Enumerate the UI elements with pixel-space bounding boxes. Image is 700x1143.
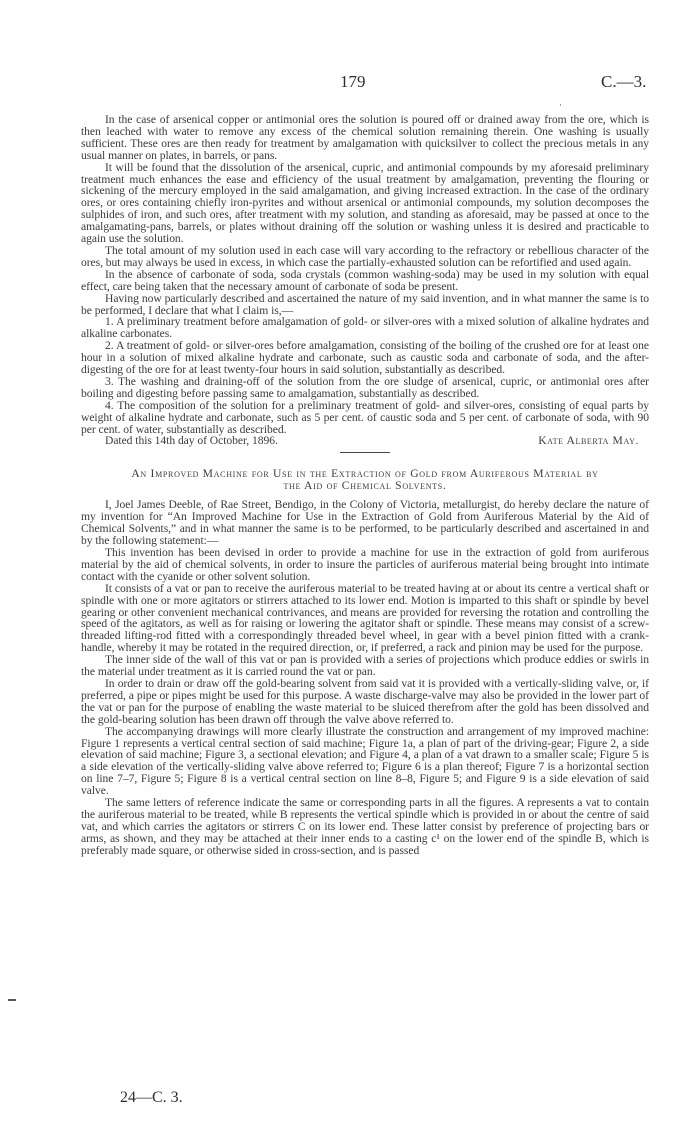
paragraph: In the absence of carbonate of soda, sod… xyxy=(81,269,649,293)
paragraph: The accompanying drawings will more clea… xyxy=(81,726,649,797)
paragraph: In the case of arsenical copper or antim… xyxy=(81,114,649,162)
claim-2: 2. A treatment of gold- or silver-ores b… xyxy=(81,340,649,376)
dated-line: Dated this 14th day of October, 1896. xyxy=(105,435,278,447)
paragraph: It consists of a vat or pan to receive t… xyxy=(81,583,649,654)
claim-4: 4. The composition of the solution for a… xyxy=(81,400,649,436)
paragraph: The same letters of reference indicate t… xyxy=(81,797,649,857)
claim-3: 3. The washing and draining-off of the s… xyxy=(81,376,649,400)
page-header: 179 C.—3. xyxy=(0,72,700,96)
paragraph: The inner side of the wall of this vat o… xyxy=(81,654,649,678)
date-signature-line: Dated this 14th day of October, 1896. Ka… xyxy=(81,435,649,447)
scan-speck xyxy=(560,104,561,106)
page-number: 179 xyxy=(340,72,366,92)
paragraph: This invention has been devised in order… xyxy=(81,547,649,583)
paragraph: In order to drain or draw off the gold-b… xyxy=(81,678,649,726)
paragraph: The total amount of my solution used in … xyxy=(81,245,649,269)
paragraph: It will be found that the dissolution of… xyxy=(81,162,649,245)
paragraph: Having now particularly described and as… xyxy=(81,293,649,317)
patent-section-deeble: An Improved Machine for Use in the Extra… xyxy=(81,468,649,856)
section-title: An Improved Machine for Use in the Extra… xyxy=(73,468,657,492)
document-reference: C.—3. xyxy=(601,72,646,92)
paragraph: I, Joel James Deeble, of Rae Street, Ben… xyxy=(81,499,649,547)
section-title-line-2: the Aid of Chemical Solvents. xyxy=(73,480,657,492)
document-page: 179 C.—3. In the case of arsenical coppe… xyxy=(0,0,700,1143)
printer-signature-mark: 24—C. 3. xyxy=(120,1089,183,1107)
body-text: In the case of arsenical copper or antim… xyxy=(81,114,649,857)
margin-mark xyxy=(8,999,16,1001)
patent-section-may: In the case of arsenical copper or antim… xyxy=(81,114,649,447)
signatory-name: Kate Alberta May. xyxy=(538,435,639,447)
claim-1: 1. A preliminary treatment before amalga… xyxy=(81,316,649,340)
section-divider xyxy=(340,452,390,453)
